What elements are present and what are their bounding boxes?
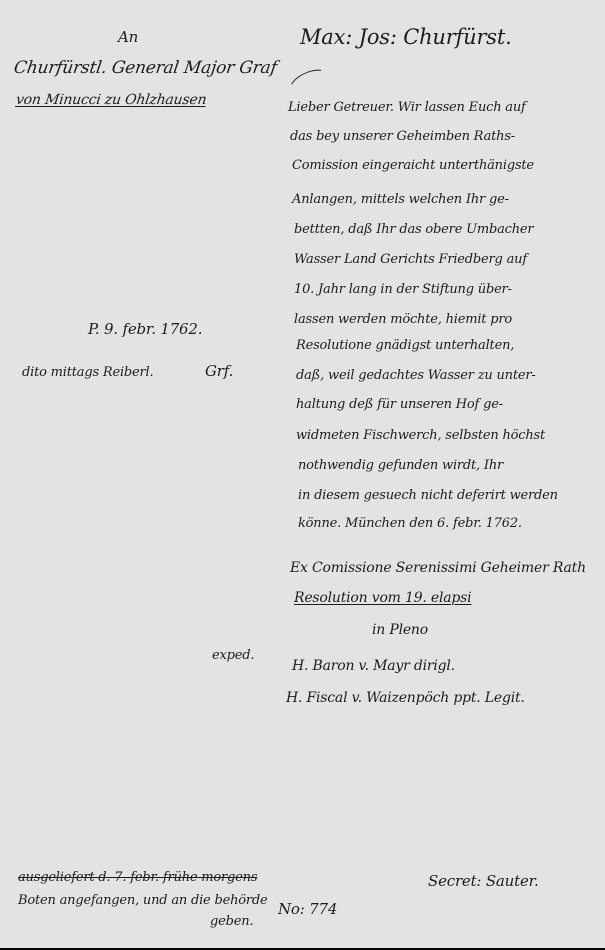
- body-line: in diesem gesuech nicht deferirt werden: [298, 488, 558, 503]
- address-line-1: Churfürstl. General Major Graf: [13, 58, 278, 78]
- footer-note-line-2: Boten angefangen, und an die behörde: [18, 893, 268, 908]
- body-line: könne. München den 6. febr. 1762.: [298, 516, 522, 531]
- address-line-2: von Minucci zu Ohlzhausen: [15, 92, 208, 108]
- body-line: widmeten Fischwerch, selbsten höchst: [296, 428, 545, 443]
- body-line: Resolutione gnädigst unterhalten,: [296, 338, 514, 353]
- commission-line-1: Ex Comissione Serenissimi Geheimer Rath: [290, 560, 586, 576]
- body-line: Wasser Land Gerichts Friedberg auf: [294, 252, 527, 267]
- footer-note-number: No: 774: [278, 900, 337, 918]
- body-line: 10. Jahr lang in der Stiftung über-: [294, 282, 512, 297]
- margin-note-line-2: dito mittags Reiberl.: [22, 365, 153, 380]
- body-line: daß, weil gedachtes Wasser zu unter-: [296, 368, 536, 383]
- body-line: bettten, daß Ihr das obere Umbacher: [294, 222, 533, 237]
- expedition-mark: exped.: [212, 648, 254, 663]
- footer-note-line-3: geben.: [210, 914, 253, 929]
- body-line: nothwendig gefunden wirdt, Ihr: [298, 458, 503, 473]
- document-header: Max: Jos: Churfürst.: [300, 25, 512, 49]
- commission-line-2: Resolution vom 19. elapsi: [294, 590, 471, 606]
- signatory-2: H. Fiscal v. Waizenpöch ppt. Legit.: [286, 690, 525, 706]
- manuscript-page: An Churfürstl. General Major Graf von Mi…: [0, 0, 605, 948]
- body-line: Lieber Getreuer. Wir lassen Euch auf: [288, 100, 526, 115]
- body-line: Anlangen, mittels welchen Ihr ge-: [292, 192, 509, 207]
- address-salutation: An: [118, 28, 138, 46]
- commission-line-3: in Pleno: [372, 622, 428, 638]
- body-line: haltung deß für unseren Hof ge-: [296, 397, 503, 412]
- body-line: das bey unserer Geheimben Raths-: [290, 129, 515, 144]
- secretary-signature: Secret: Sauter.: [428, 872, 539, 890]
- body-line: lassen werden möchte, hiemit pro: [294, 312, 512, 327]
- margin-note-initials: Grf.: [205, 362, 233, 380]
- header-flourish: [285, 64, 332, 102]
- body-line: Comission eingeraicht unterthänigste: [292, 158, 534, 173]
- margin-note-date: P. 9. febr. 1762.: [88, 320, 202, 338]
- signatory-1: H. Baron v. Mayr dirigl.: [292, 658, 455, 674]
- footer-note-line-1: ausgeliefert d. 7. febr. frühe morgens: [18, 870, 257, 885]
